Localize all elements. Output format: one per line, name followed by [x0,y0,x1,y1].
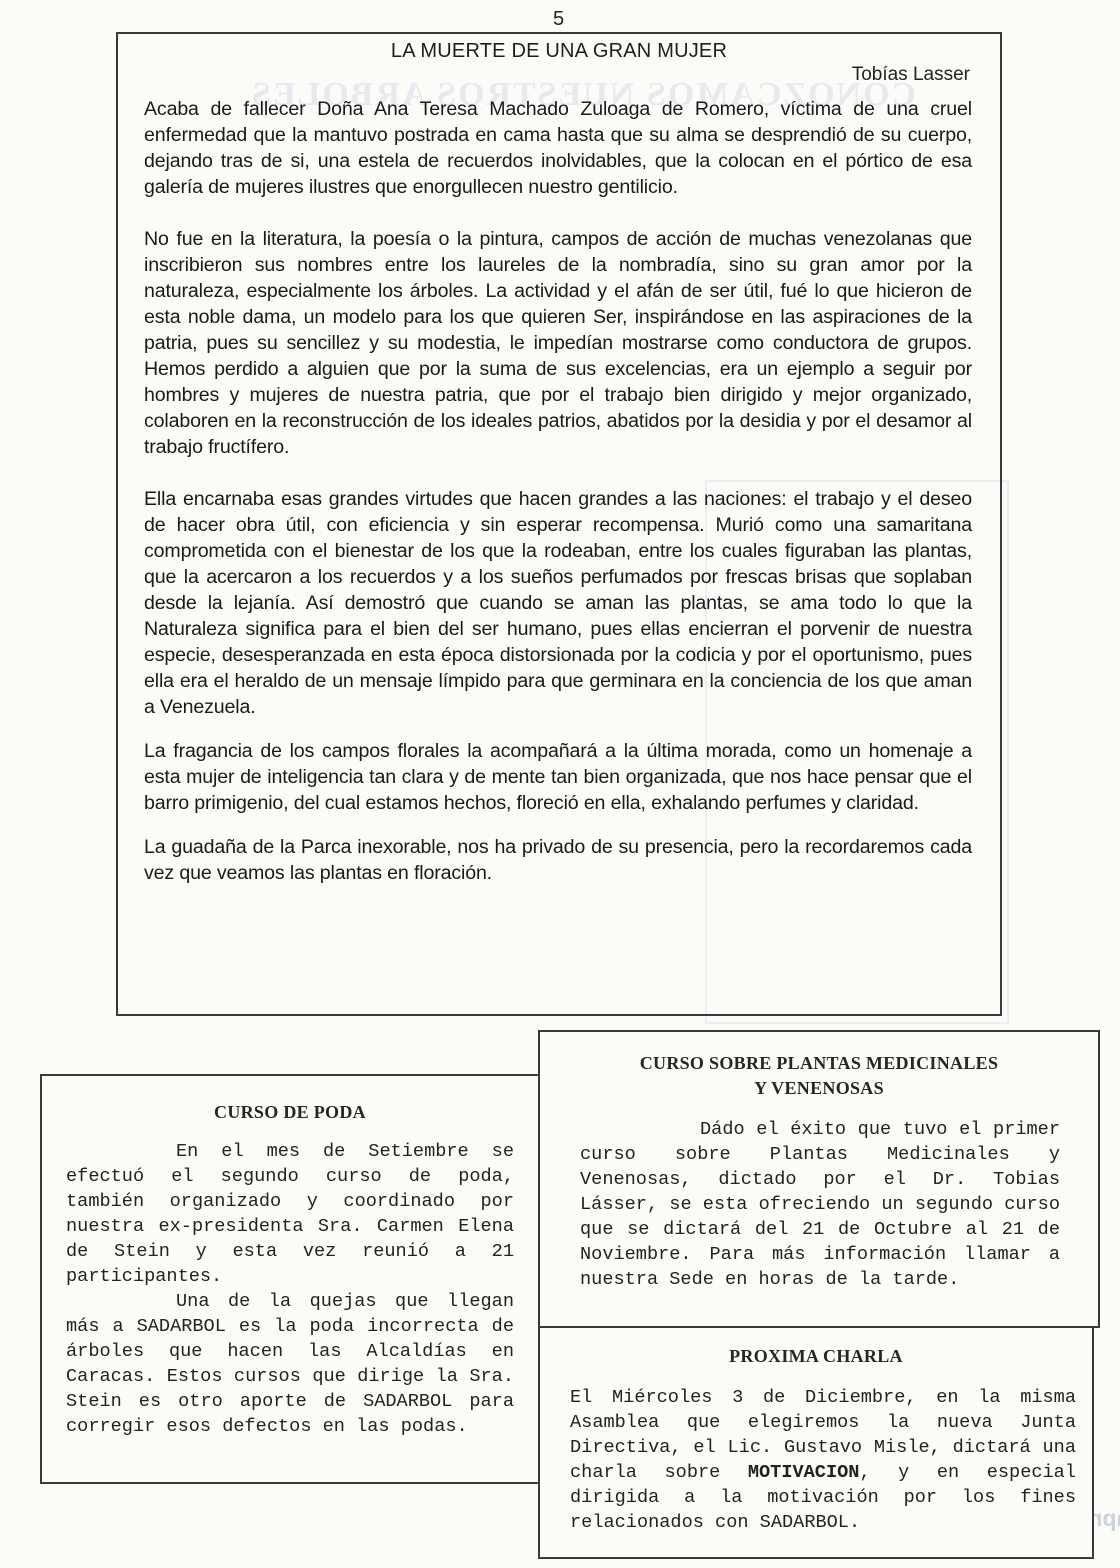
article-author: Tobías Lasser [852,64,970,86]
article-paragraph: Acaba de fallecer Doña Ana Teresa Machad… [144,96,972,200]
medicinal-plants-course-box: CURSO SOBRE PLANTAS MEDICINALES Y VENENO… [538,1030,1100,1328]
medicinal-course-title-line1: CURSO SOBRE PLANTAS MEDICINALES [540,1051,1098,1076]
article-title: LA MUERTE DE UNA GRAN MUJER [118,40,1000,63]
article-paragraph: No fue en la literatura, la poesía o la … [144,226,972,460]
article-paragraph: Ella encarnaba esas grandes virtudes que… [144,486,972,720]
next-talk-body: El Miércoles 3 de Diciembre, en la misma… [570,1385,1076,1535]
pruning-paragraph: En el mes de Setiembre se efectuó el seg… [66,1139,514,1289]
medicinal-course-title-line2: Y VENENOSAS [540,1076,1098,1101]
pruning-course-body: En el mes de Setiembre se efectuó el seg… [66,1139,514,1439]
pruning-paragraph: Una de la quejas que llegan más a SADARB… [66,1289,514,1439]
obituary-article: LA MUERTE DE UNA GRAN MUJER Tobías Lasse… [116,32,1002,1016]
article-body: Acaba de fallecer Doña Ana Teresa Machad… [144,96,972,912]
next-talk-topic: MOTIVACION [748,1462,860,1483]
medicinal-course-title: CURSO SOBRE PLANTAS MEDICINALES Y VENENO… [540,1051,1098,1101]
article-paragraph: La guadaña de la Parca inexorable, nos h… [144,834,972,886]
pruning-course-box: CURSO DE PODA En el mes de Setiembre se … [40,1074,540,1484]
medicinal-course-body: Dádo el éxito que tuvo el primer curso s… [580,1117,1060,1292]
next-talk-box: PROXIMA CHARLA El Miércoles 3 de Diciemb… [538,1326,1094,1559]
article-paragraph: La fragancia de los campos florales la a… [144,738,972,816]
page-number: 5 [553,8,564,31]
pruning-course-title: CURSO DE PODA [42,1102,538,1123]
next-talk-title: PROXIMA CHARLA [540,1346,1092,1367]
